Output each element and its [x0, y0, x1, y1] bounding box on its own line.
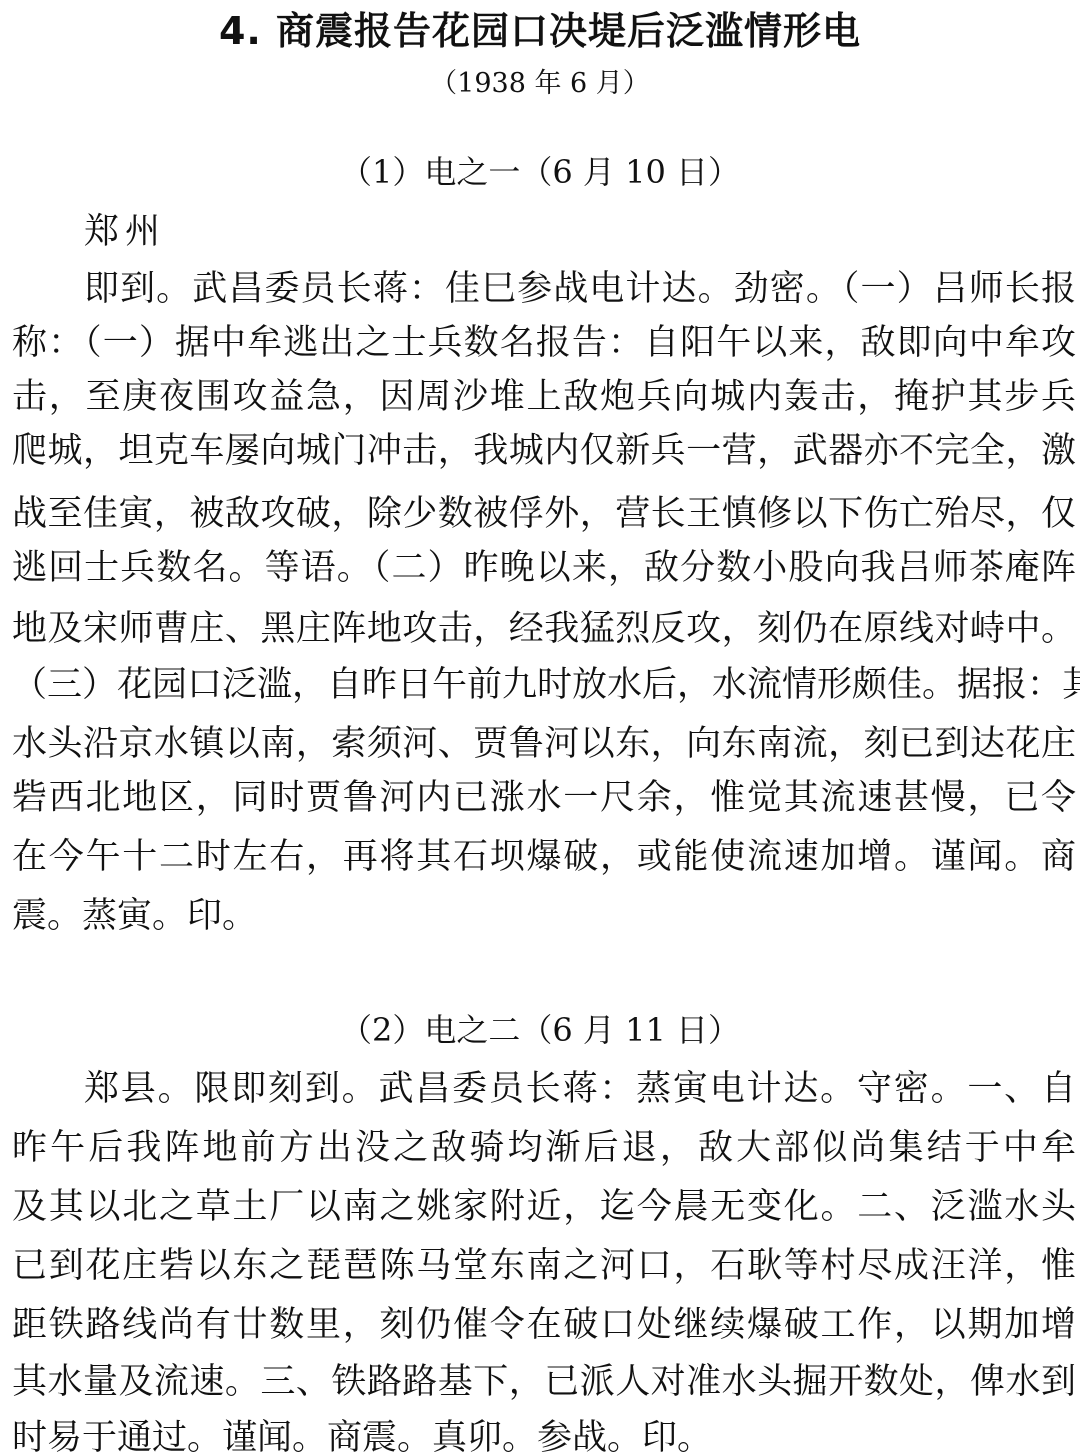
- document-title: 4. 商震报告花园口决堤后泛滥情形电: [0, 6, 1080, 56]
- paragraph-line: 震。蒸寅。印。: [12, 891, 1076, 941]
- paragraph-line: 地及宋师曹庄、黑庄阵地攻击，经我猛烈反攻，刻仍在原线对峙中。: [12, 604, 1076, 654]
- paragraph-line: 击，至庚夜围攻益急，因周沙堆上敌炮兵向城内轰击，掩护其步兵: [12, 372, 1076, 422]
- paragraph-line: （三）花园口泛滥，自昨日午前九时放水后，水流情形颇佳。据报：其: [12, 660, 1076, 710]
- paragraph-line: 爬城，坦克车屡向城门冲击，我城内仅新兵一营，武器亦不完全，激: [12, 426, 1076, 476]
- paragraph-line: 其水量及流速。三、铁路路基下，已派人对准水头掘开数处，俾水到: [12, 1357, 1076, 1407]
- paragraph-line: 距铁路线尚有廿数里，刻仍催令在破口处继续爆破工作，以期加增: [12, 1300, 1076, 1350]
- paragraph-line: 逃回士兵数名。等语。（二）昨晚以来，敌分数小股向我吕师茶庵阵: [12, 543, 1076, 593]
- document-page: 4. 商震报告花园口决堤后泛滥情形电 （1938 年 6 月） （1）电之一（6…: [0, 0, 1080, 1455]
- paragraph-line: 水头沿京水镇以南，索须河、贾鲁河以东，向东南流，刻已到达花庄: [12, 719, 1076, 769]
- paragraph-line: 及其以北之草土厂以南之姚家附近，迄今晨无变化。二、泛滥水头: [12, 1182, 1076, 1232]
- paragraph-line: 称：（一）据中牟逃出之士兵数名报告：自阳午以来，敌即向中牟攻: [12, 318, 1076, 368]
- paragraph-line: 时易于通过。谨闻。商震。真卯。参战。印。: [12, 1413, 1076, 1455]
- paragraph-line: 已到花庄砦以东之琵琶陈马堂东南之河口，石耿等村尽成汪洋，惟: [12, 1241, 1076, 1291]
- paragraph-line: 砦西北地区，同时贾鲁河内已涨水一尺余，惟觉其流速甚慢，已令: [12, 773, 1076, 823]
- paragraph-line: 即到。武昌委员长蒋：佳巳参战电计达。劲密。（一）吕师长报: [84, 264, 1076, 314]
- telegram-place: 郑州: [84, 207, 284, 257]
- paragraph-line: 郑县。限即刻到。武昌委员长蒋：蒸寅电计达。守密。一、自: [84, 1064, 1076, 1114]
- paragraph-line: 在今午十二时左右，再将其石坝爆破，或能使流速加增。谨闻。商: [12, 832, 1076, 882]
- section-heading: （2）电之二（6 月 11 日）: [0, 1008, 1080, 1052]
- paragraph-line: 昨午后我阵地前方出没之敌骑均渐后退，敌大部似尚集结于中牟: [12, 1123, 1076, 1173]
- section-heading: （1）电之一（6 月 10 日）: [0, 150, 1080, 194]
- document-date: （1938 年 6 月）: [0, 66, 1080, 102]
- paragraph-line: 战至佳寅，被敌攻破，除少数被俘外，营长王慎修以下伤亡殆尽，仅: [12, 489, 1076, 539]
